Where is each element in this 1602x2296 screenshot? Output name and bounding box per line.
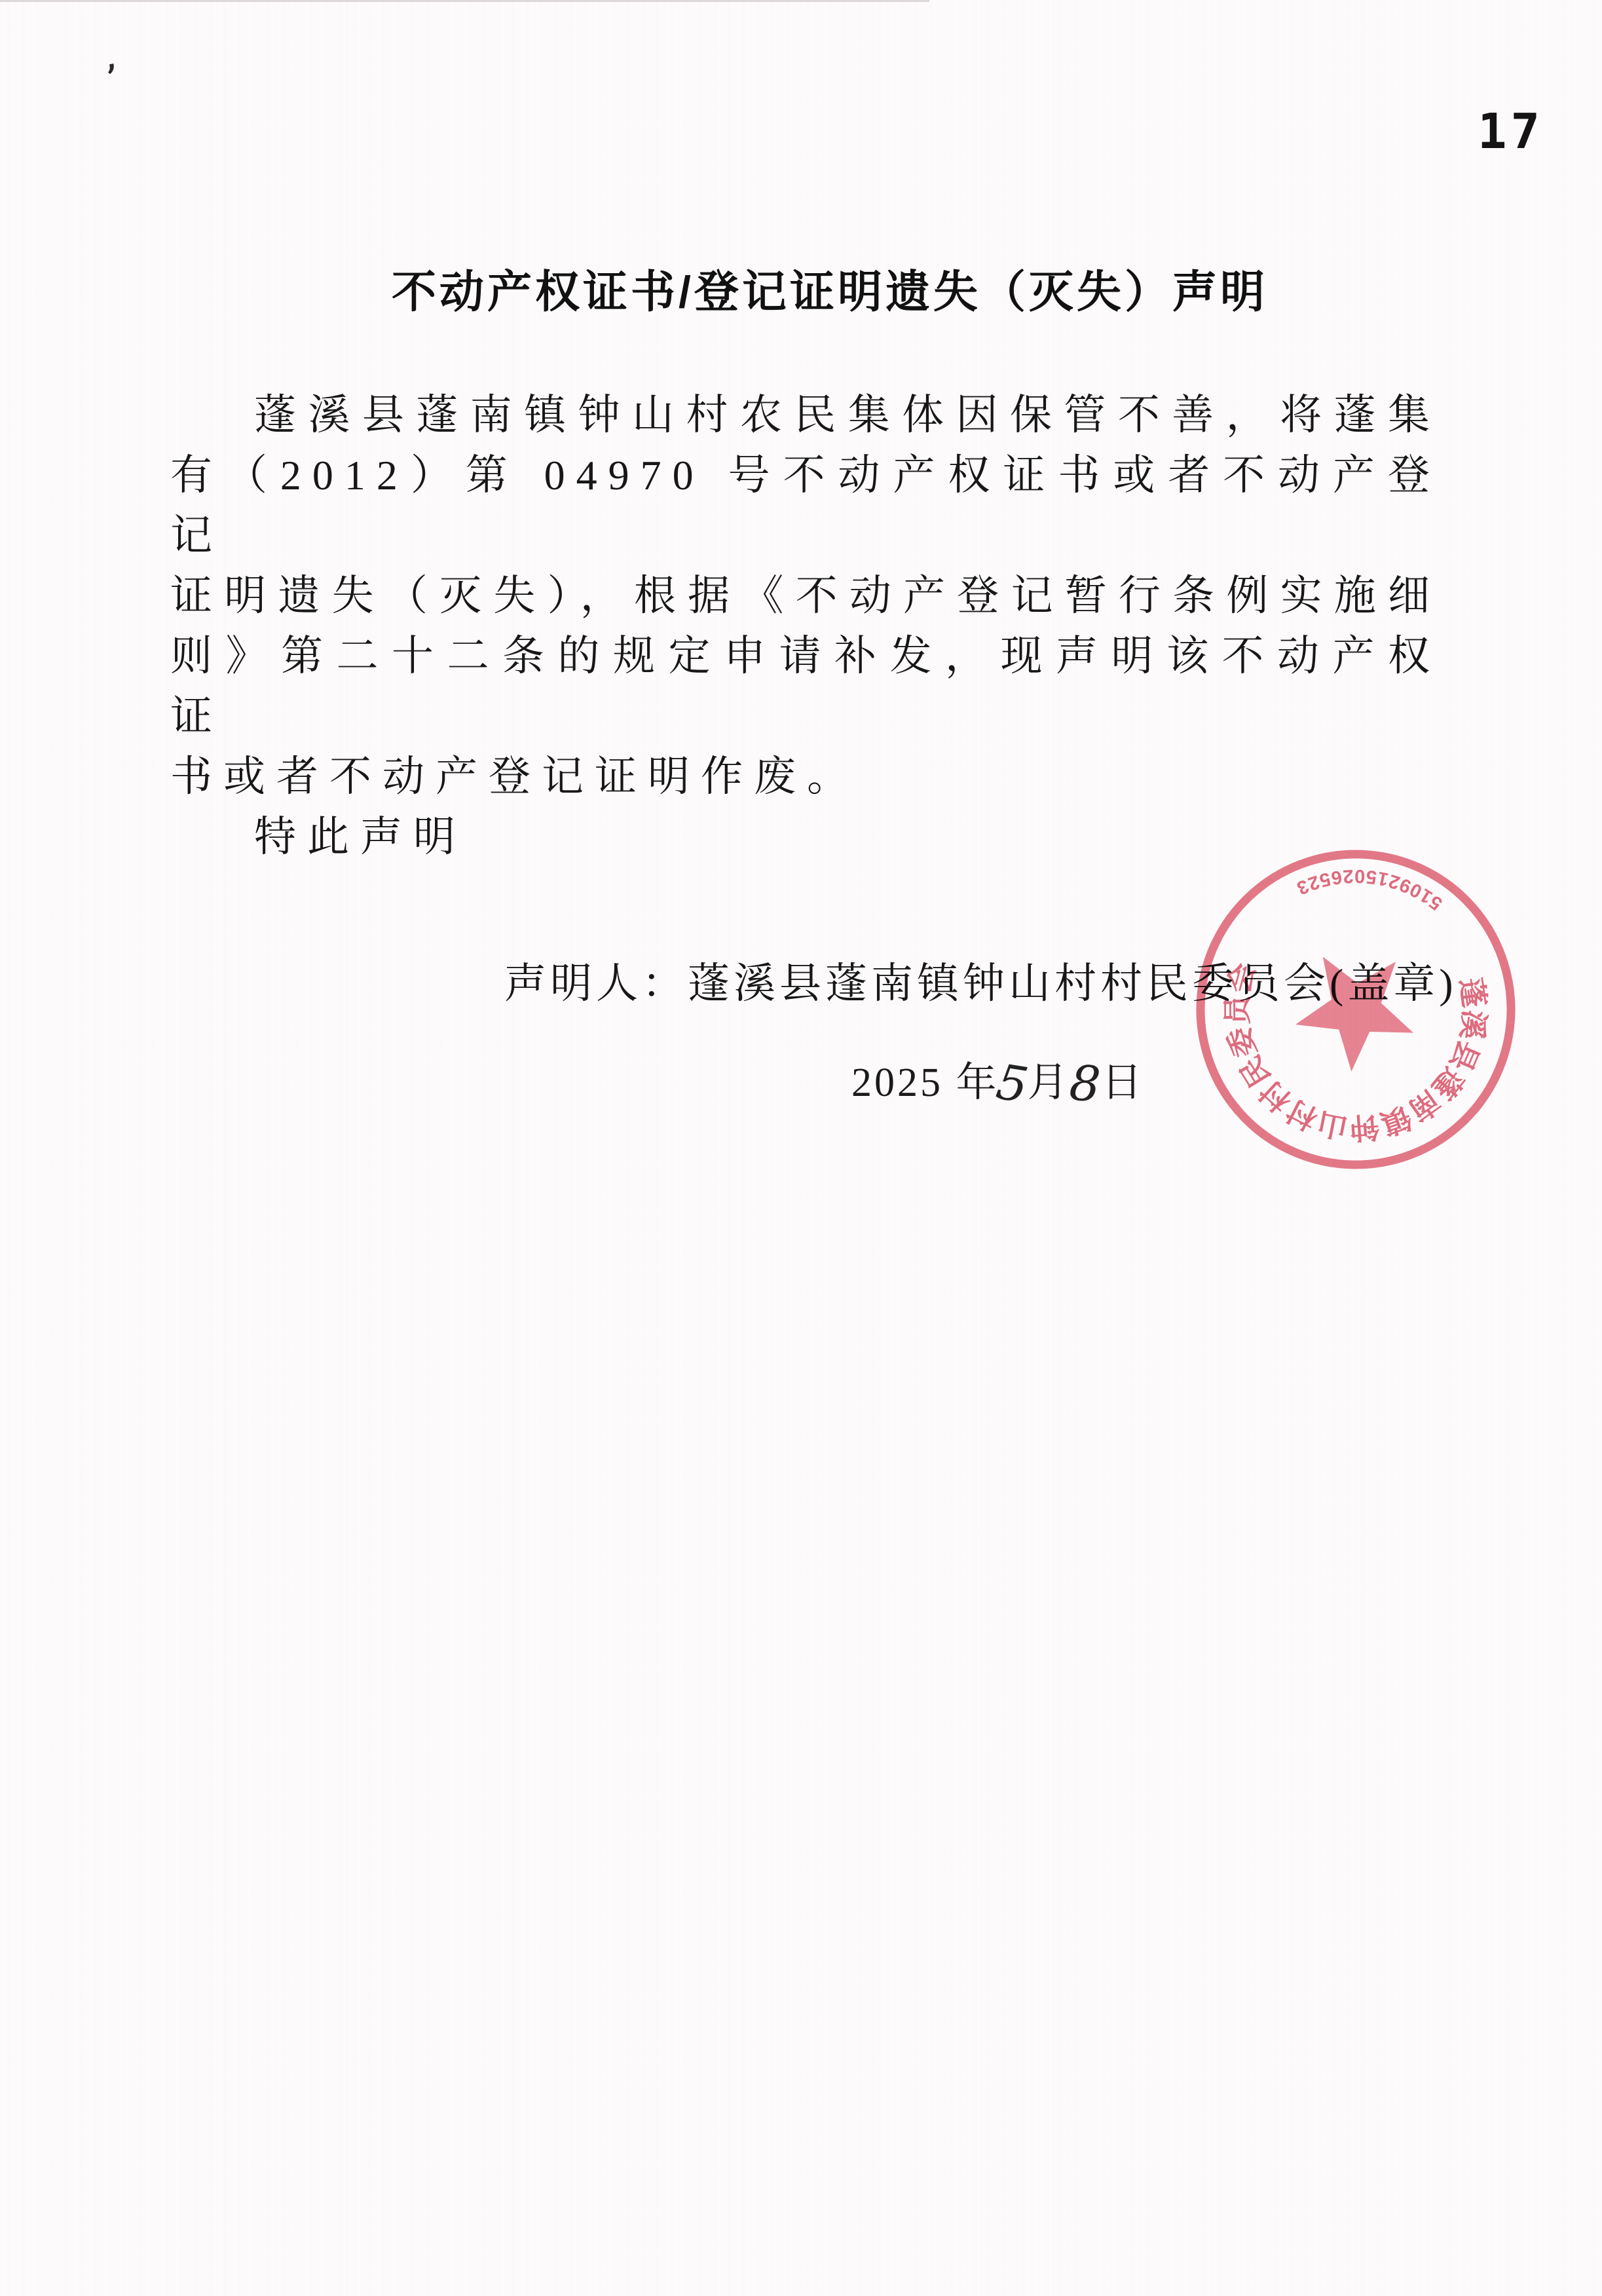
document-title: 不动产权证书/登记证明遗失（灭失）声明 [0, 257, 1602, 320]
seal-star-icon [1292, 955, 1418, 1076]
body-line: 证明遗失（灭失），根据《不动产登记暂行条例实施细 [170, 566, 1441, 626]
body-line: 书或者不动产登记证明作废。 [170, 747, 1441, 807]
document-title-text: 不动产权证书/登记证明遗失（灭失）声明 [392, 267, 1268, 317]
scan-edge-artifact [0, 0, 929, 2]
body-line: 则》第二十二条的规定申请补发，现声明该不动产权证 [170, 626, 1441, 747]
declaration-body: 蓬溪县蓬南镇钟山村农民集体因保管不善，将蓬集 有（2012）第 04970 号不… [170, 385, 1441, 867]
date-year: 2025 [851, 1061, 943, 1105]
stray-ink-mark: , [102, 40, 119, 77]
body-line: 蓬溪县蓬南镇钟山村农民集体因保管不善，将蓬集 [170, 385, 1441, 445]
handwritten-day-digit: 8 [1068, 1055, 1105, 1113]
date-line: 2025 年5月8日 [851, 1049, 1145, 1108]
declarant-label: 声明人： [504, 960, 688, 1007]
page-number: 17 [1478, 104, 1544, 160]
date-year-label: 年 [956, 1061, 999, 1105]
body-line: 有（2012）第 04970 号不动产权证书或者不动产登记 [170, 445, 1441, 566]
official-seal-stamp: 蓬溪县蓬南镇钟山村村民委员会 5109215026523 [1181, 835, 1531, 1184]
scanned-declaration-page: , 17 不动产权证书/登记证明遗失（灭失）声明 蓬溪县蓬南镇钟山村农民集体因保… [0, 0, 1602, 2296]
date-month-label: 月 [1028, 1061, 1071, 1105]
date-day-label: 日 [1102, 1061, 1145, 1105]
